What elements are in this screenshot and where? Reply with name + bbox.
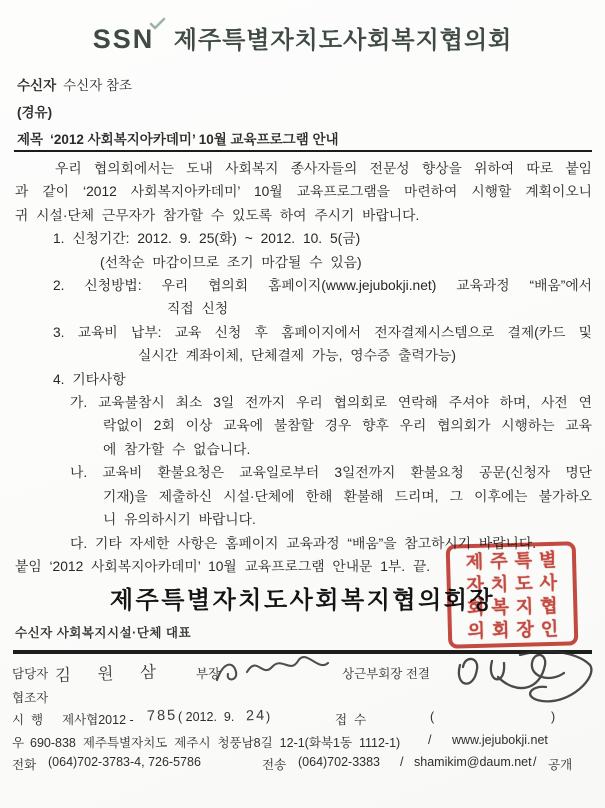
document-body: 우리 협의회에서는 도내 사회복지 종사자들의 전문성 향상을 위하여 따로 붙… <box>15 157 592 578</box>
subject-row: 제목‘2012 사회복지아카데미’ 10월 교육프로그램 안내 <box>17 128 339 148</box>
body-line: 1. 신청기간: 2012. 9. 25(화) ~ 2012. 10. 5(금) <box>15 227 592 250</box>
phone-number: (064)702-3783-4, 726-5786 <box>48 755 201 769</box>
issue-label: 시 행 <box>12 710 43 728</box>
org-name: 제주특별자치도사회복지협의회 <box>174 27 513 54</box>
receipt-paren-open: ( <box>430 710 434 724</box>
subject-value: ‘2012 사회복지아카데미’ 10월 교육프로그램 안내 <box>50 132 339 147</box>
subject-divider <box>14 150 592 152</box>
body-line: 실시간 계좌이체, 단체결제 가능, 영수증 출력가능) <box>15 344 592 367</box>
body-line: 락없이 2회 이상 교육에 불참할 경우 향후 우리 협의회가 시행하는 교육 <box>15 414 592 437</box>
body-line: 기재)을 제출하신 시설·단체에 한해 환불해 드리며, 그 이후에는 불가하오 <box>15 485 592 508</box>
disclosure-label: 공개 <box>548 755 572 773</box>
body-line: 우리 협의회에서는 도내 사회복지 종사자들의 전문성 향상을 위하여 따로 붙… <box>15 157 592 180</box>
phone-label: 전화 <box>12 755 36 773</box>
body-line: 2. 신청방법: 우리 협의회 홈페이지(www.jejubokji.net) … <box>15 274 592 297</box>
email-slash: / <box>400 755 403 769</box>
issue-date-close: ) <box>266 710 270 724</box>
via-row: (경유) <box>17 101 52 121</box>
website: www.jejubokji.net <box>452 733 548 747</box>
cooperator-label: 협조자 <box>12 688 48 706</box>
recipient-value: 수신자 참조 <box>63 78 132 93</box>
recipient-label: 수신자 <box>17 78 56 93</box>
fax-number: (064)702-3383 <box>298 755 380 769</box>
receipt-label: 접 수 <box>335 710 366 728</box>
address: 690-838 제주특별자치도 제주시 청풍남8길 12-1(화북1동 1112… <box>30 733 400 751</box>
ssn-logo-text: SSN <box>93 24 155 54</box>
manager-label: 담당자 <box>12 664 48 682</box>
seal-text-row: 의회장인 <box>454 617 573 644</box>
vice-chair-signature <box>448 645 600 717</box>
disclosure-slash: / <box>533 755 536 769</box>
fax-label: 전송 <box>262 755 286 773</box>
body-line: 3. 교육비 납부: 교육 신청 후 홈페이지에서 전자결제시스템으로 결제(카… <box>15 321 592 344</box>
postal-label: 우 <box>12 733 24 751</box>
recipient-row: 수신자수신자 참조 <box>17 74 132 94</box>
ssn-logo: SSN <box>93 24 164 54</box>
body-line: 에 참가할 수 없습니다. <box>15 438 592 461</box>
body-line: 4. 기타사항 <box>15 368 592 391</box>
body-line: 니 유의하시기 바랍니다. <box>15 508 592 531</box>
dept-head-signature <box>212 650 334 692</box>
official-seal: 제주특별 자치도사 회복지협 의회장인 <box>446 541 579 648</box>
check-icon <box>149 17 166 30</box>
recipient-list-line: 수신자 사회복지시설·단체 대표 <box>15 623 191 641</box>
issue-number: 제사협2012 - <box>62 710 134 728</box>
body-line: 귀 시설·단체 근무자가 참가할 수 있도록 하여 주시기 바랍니다. <box>15 204 592 227</box>
official-document-page: SSN 제주특별자치도사회복지협의회 수신자수신자 참조 (경유) 제목‘201… <box>0 0 605 808</box>
address-slash: / <box>428 733 431 747</box>
header: SSN 제주특별자치도사회복지협의회 <box>0 20 605 55</box>
issue-date-handwritten: 24 <box>246 708 267 725</box>
body-line: 직접 신청 <box>15 297 592 320</box>
body-line: 가. 교육불참시 최소 3일 전까지 우리 협의회로 연락해 주셔야 하며, 사… <box>15 391 592 414</box>
body-line: 과 같이 ‘2012 사회복지아카데미’ 10월 교육프로그램을 마련하여 시행… <box>15 180 592 203</box>
body-line: (선착순 마감이므로 조기 마감될 수 있음) <box>15 251 592 274</box>
subject-label: 제목 <box>17 132 43 147</box>
receipt-paren-close: ) <box>551 710 555 724</box>
manager-signature-name: 김 원 삼 <box>55 658 168 686</box>
issue-date: ( 2012. 9. <box>178 710 234 724</box>
email: shamikim@daum.net <box>414 755 532 769</box>
issue-number-handwritten: 785 <box>147 707 178 724</box>
vice-chair-label: 상근부회장 전결 <box>342 664 430 682</box>
body-line: 나. 교육비 환불요청은 교육일로부터 3일전까지 환불요청 공문(신청자 명단 <box>15 461 592 484</box>
